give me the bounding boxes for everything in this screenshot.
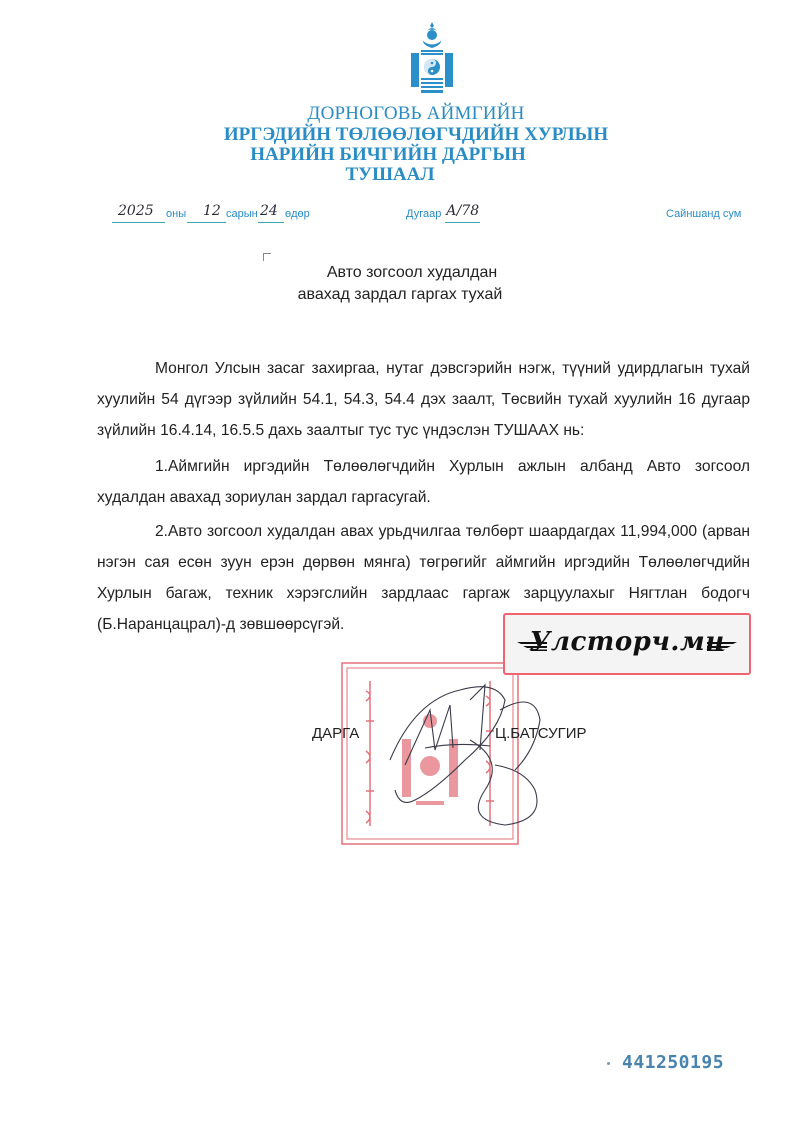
handwritten-month: 12 (203, 203, 221, 219)
order-item-1-text: 1.Аймгийн иргэдийн Төлөөлөгчдийн Хурлын … (97, 451, 750, 513)
preamble-text: Монгол Улсын засаг захиргаа, нутаг дэвсг… (97, 353, 750, 446)
handwritten-year: 2025 (118, 203, 154, 219)
subject-line-2: авахад зардал гаргах тухай (0, 284, 800, 306)
signatory-name: Ц.БАТСУГИР (495, 725, 587, 742)
order-item-1: 1.Аймгийн иргэдийн Төлөөлөгчдийн Хурлын … (97, 451, 750, 513)
subject-title: Авто зогсоол худалдан авахад зардал гарг… (0, 262, 800, 306)
handwritten-number: А/78 (446, 203, 479, 219)
place-label: Сайншанд сум (666, 208, 741, 220)
subject-line-1: Авто зогсоол худалдан (0, 262, 800, 284)
handwritten-day: 24 (260, 203, 278, 219)
header-province: ДОРНОГОВЬ АЙМГИЙН (16, 103, 800, 125)
header-secretary: НАРИЙН БИЧГИЙН ДАРГЫН (0, 144, 788, 166)
number-label: Дугаар (406, 208, 441, 220)
day-label: өдөр (285, 208, 310, 220)
signature-icon (375, 670, 575, 830)
month-underline (187, 222, 226, 223)
month-label: сарын (226, 208, 258, 220)
watermark-badge: Улсторч.мн (503, 613, 751, 675)
number-underline (445, 222, 480, 223)
preamble-paragraph: Монгол Улсын засаг захиргаа, нутаг дэвсг… (97, 353, 750, 446)
header-council: ИРГЭДИЙН ТӨЛӨӨЛӨГЧДИЙН ХУРЛЫН (16, 124, 800, 146)
day-underline (258, 222, 284, 223)
serial-dot (607, 1062, 610, 1065)
signatory-title: ДАРГА (312, 725, 359, 742)
year-underline (112, 222, 165, 223)
serial-number: 441250195 (622, 1052, 724, 1073)
subject-corner-mark (263, 253, 271, 261)
header-doc-type: ТУШААЛ (0, 164, 790, 186)
wing-right-icon (707, 641, 737, 651)
date-line: 2025 оны 12 сарын 24 өдөр Дугаар А/78 Са… (0, 206, 800, 226)
year-label: оны (166, 208, 186, 220)
soyombo-emblem-icon (411, 22, 453, 96)
